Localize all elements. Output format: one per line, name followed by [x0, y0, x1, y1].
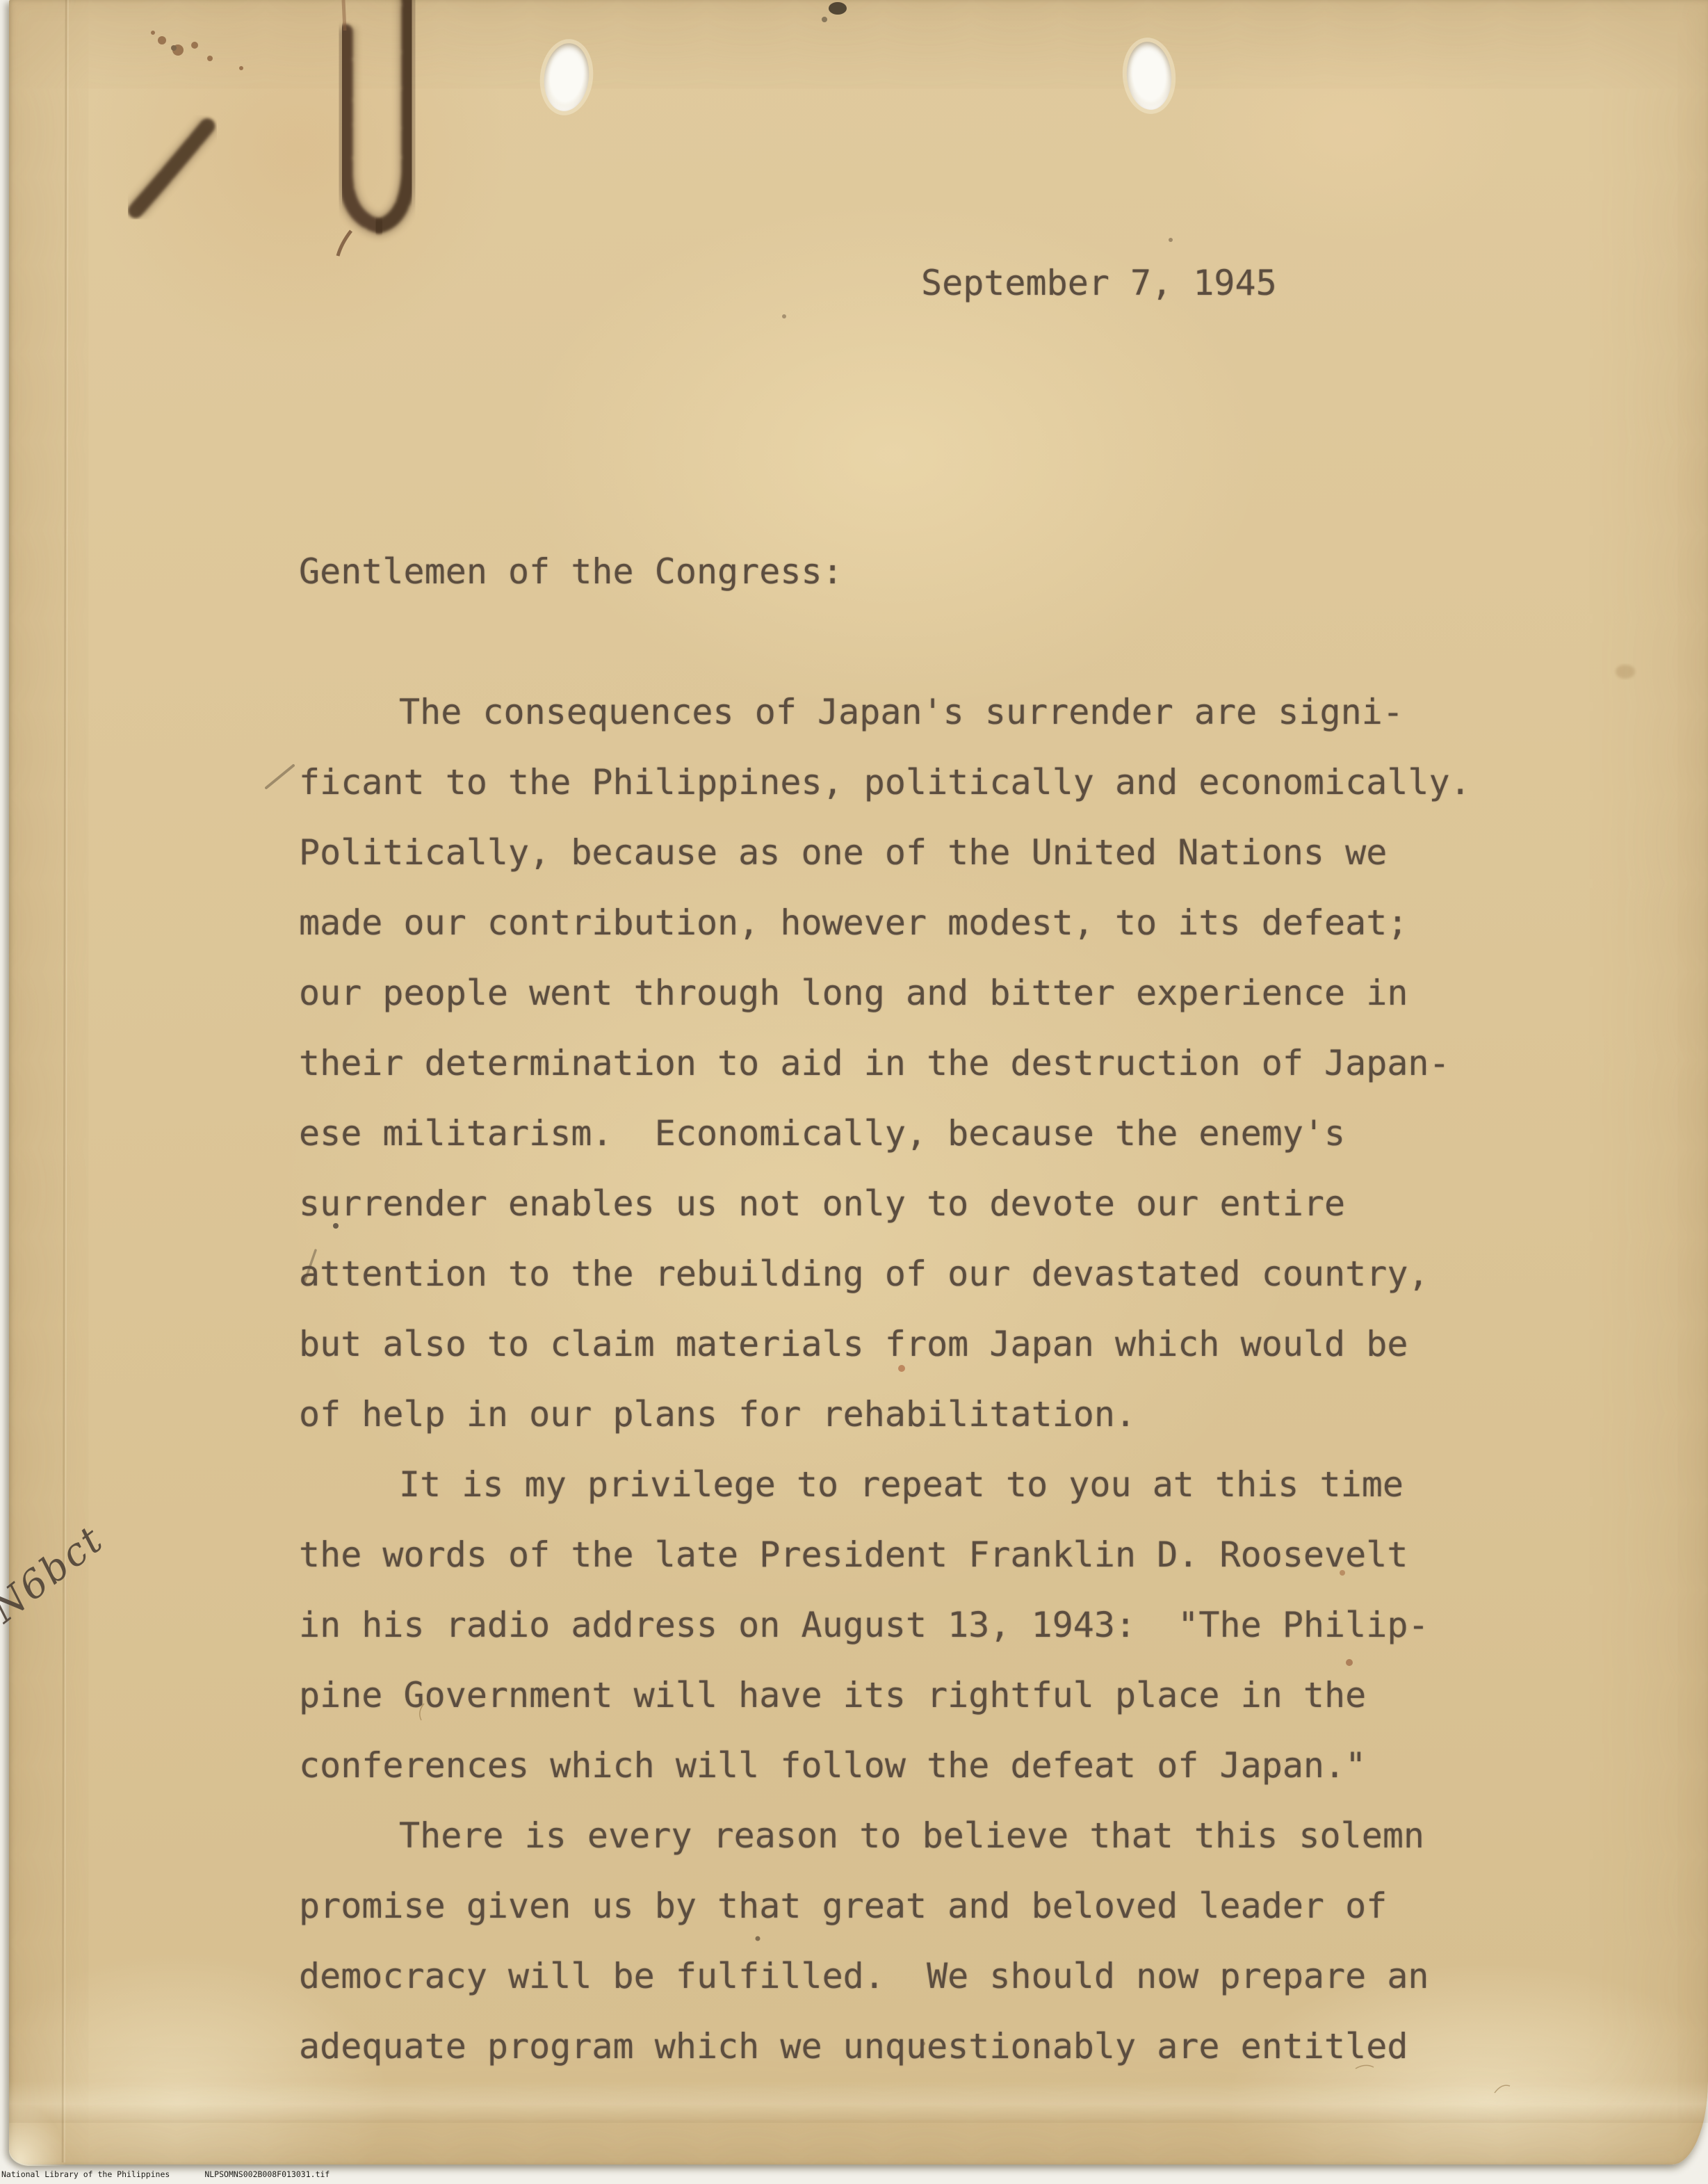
typed-line: the words of the late President Franklin… [299, 1520, 1522, 1590]
typed-line: democracy will be fulfilled. We should n… [299, 1941, 1522, 2012]
scanned-letter-page: { "page": { "letter": { "date": "Septemb… [0, 0, 1708, 2184]
salutation: Gentlemen of the Congress: [299, 537, 1522, 607]
typed-line: ficant to the Philippines, politically a… [299, 747, 1522, 818]
footer-library-name: National Library of the Philippines [1, 2169, 170, 2179]
typed-line: There is every reason to believe that th… [299, 1801, 1522, 1871]
footer-filename: NLPSOMNS002B008F013031.tif [204, 2169, 330, 2179]
typed-line: promise given us by that great and belov… [299, 1871, 1522, 1941]
typed-line: attention to the rebuilding of our devas… [299, 1239, 1522, 1309]
typed-body: Gentlemen of the Congress: The consequen… [299, 396, 1522, 2082]
typed-date: September 7, 1945 [921, 248, 1277, 318]
typed-line: It is my privilege to repeat to you at t… [299, 1450, 1522, 1520]
typed-line: adequate program which we unquestionably… [299, 2012, 1522, 2082]
typed-line: conferences which will follow the defeat… [299, 1731, 1522, 1801]
scan-footer: National Library of the PhilippinesNLPSO… [1, 2169, 330, 2181]
typed-line: pine Government will have its rightful p… [299, 1660, 1522, 1731]
typed-line: of help in our plans for rehabilitation. [299, 1380, 1522, 1450]
typed-line: ese militarism. Economically, because th… [299, 1099, 1522, 1169]
typed-line: Politically, because as one of the Unite… [299, 818, 1522, 888]
typed-line: surrender enables us not only to devote … [299, 1169, 1522, 1239]
typed-line: their determination to aid in the destru… [299, 1028, 1522, 1099]
typed-line: but also to claim materials from Japan w… [299, 1309, 1522, 1380]
typed-line: The consequences of Japan's surrender ar… [299, 677, 1522, 747]
typed-line: in his radio address on August 13, 1943:… [299, 1590, 1522, 1660]
typed-line: made our contribution, however modest, t… [299, 888, 1522, 958]
typed-line: our people went through long and bitter … [299, 958, 1522, 1028]
